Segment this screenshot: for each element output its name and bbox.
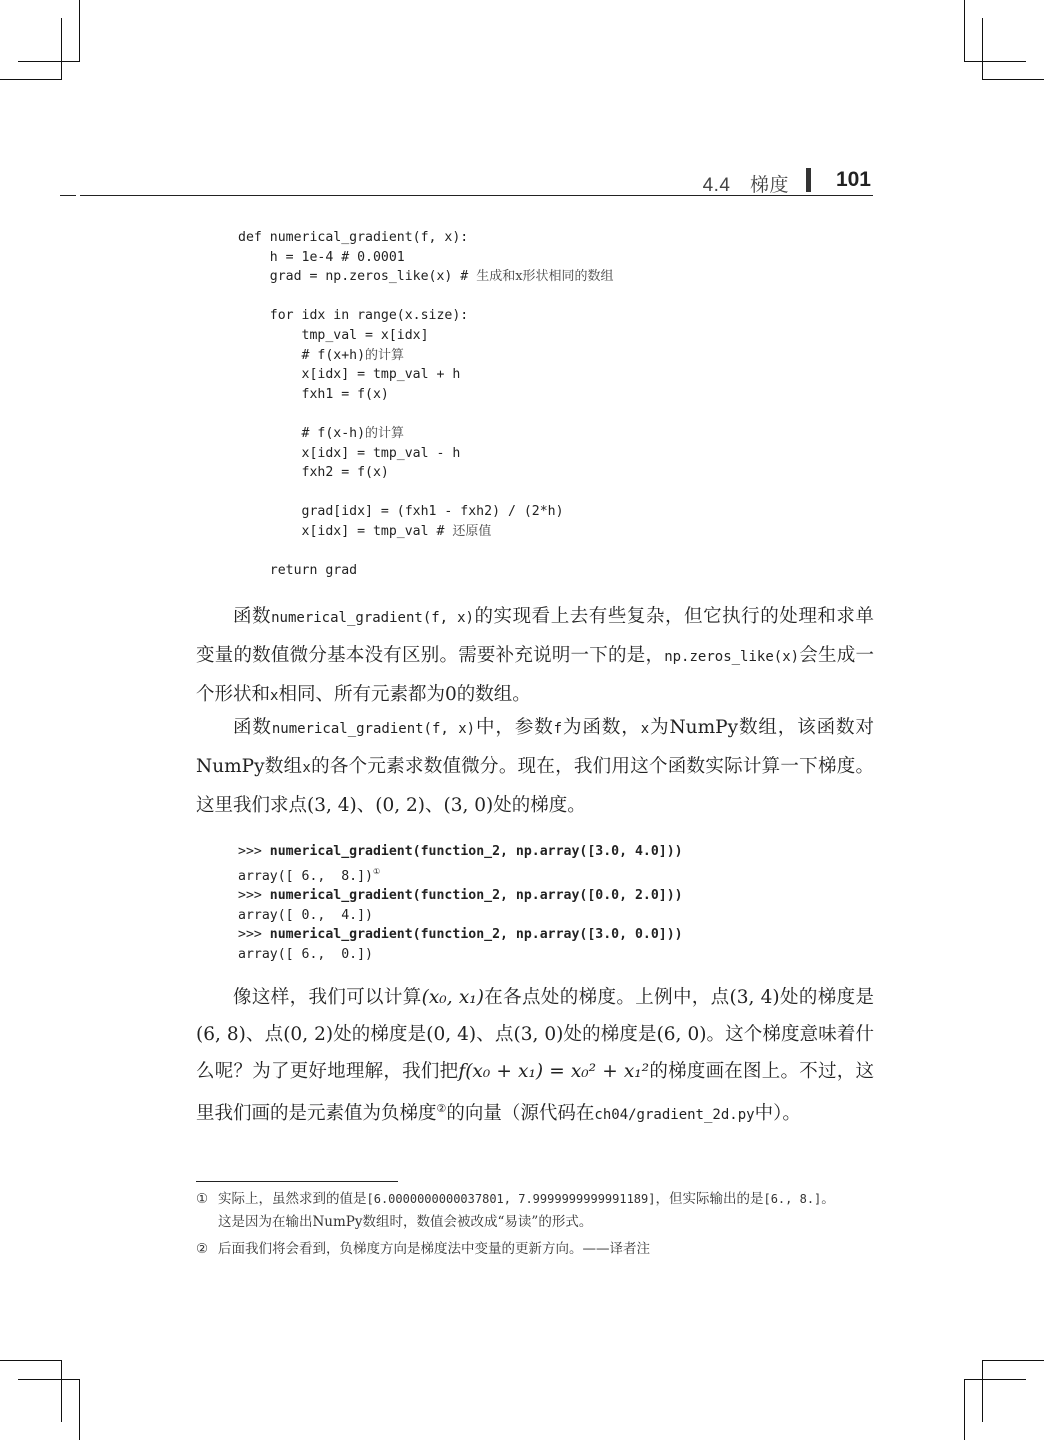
text: 相同、所有元素都为0的数组。: [278, 684, 530, 705]
code-line: fxh2 = f(x): [238, 465, 389, 480]
running-header: 4.4 梯度 101: [0, 168, 1044, 198]
crop-mark-tl: [0, 79, 62, 80]
inline-code: np.zeros_like(x): [664, 649, 799, 665]
inline-code: x: [302, 760, 310, 776]
code-block-examples: >>> numerical_gradient(function_2, np.ar…: [238, 842, 683, 965]
crop-mark-bl: [18, 1379, 80, 1380]
code-comment: 还原值: [452, 524, 491, 539]
crop-mark-tr: [982, 79, 1044, 80]
footnote-2: ②后面我们将会看到，负梯度方向是梯度法中变量的更新方向。——译者注: [196, 1238, 886, 1261]
crop-mark-bl: [61, 1360, 62, 1422]
page-number: 101: [836, 168, 871, 192]
section-title: 4.4 梯度: [703, 170, 789, 197]
crop-mark-br: [982, 1360, 983, 1422]
repl-prompt: >>>: [238, 844, 270, 859]
repl-input: numerical_gradient(function_2, np.array(…: [270, 888, 683, 903]
inline-code: numerical_gradient(f, x): [272, 721, 475, 737]
footnote-label: ②: [196, 1238, 218, 1261]
crop-mark-tl: [18, 61, 80, 62]
repl-input: numerical_gradient(function_2, np.array(…: [270, 844, 683, 859]
crop-mark-br: [964, 1379, 965, 1440]
code-line: for idx in range(x.size):: [238, 308, 468, 323]
text: 为函数，: [562, 717, 641, 738]
code-line: x[idx] = tmp_val - h: [238, 446, 460, 461]
code-comment: 生成和x形状相同的数组: [476, 269, 613, 284]
crop-mark-tl: [61, 18, 62, 80]
header-divider-bar: [806, 168, 811, 192]
crop-mark-br: [964, 1379, 1026, 1380]
text: 像这样，我们可以计算: [233, 987, 422, 1008]
text: 中）。: [755, 1103, 801, 1124]
text: 中，参数: [475, 717, 554, 738]
crop-mark-tr: [982, 18, 983, 80]
inline-code: [6., 8.]: [763, 1192, 821, 1206]
inline-code: [6.0000000000037801, 7.9999999999991189]: [367, 1192, 656, 1206]
code-line: h = 1e-4 # 0.0001: [238, 250, 405, 265]
inline-code: ch04/gradient_2d.py: [594, 1107, 754, 1123]
code-comment: 的计算: [365, 348, 404, 363]
text: 后面我们将会看到，负梯度方向是梯度法中变量的更新方向。——译者注: [218, 1241, 650, 1257]
text: ，但实际输出的是: [655, 1191, 763, 1207]
text: 。: [821, 1191, 835, 1207]
code-line: def numerical_gradient(f, x):: [238, 230, 468, 245]
repl-prompt: >>>: [238, 927, 270, 942]
paragraph-implementation: 函数numerical_gradient(f, x)的实现看上去有些复杂，但它执…: [196, 598, 874, 715]
inline-code: numerical_gradient(f, x): [271, 610, 474, 626]
text: 函数: [233, 717, 272, 738]
code-line: x[idx] = tmp_val #: [238, 524, 452, 539]
repl-output: array([ 6., 0.]): [238, 947, 373, 962]
crop-mark-bl: [0, 1360, 62, 1361]
header-rule: [80, 195, 873, 196]
crop-mark-bl: [79, 1379, 80, 1440]
header-rule-stub: [60, 195, 76, 196]
crop-mark-tr: [964, 61, 1026, 62]
text: 这是因为在输出NumPy数组时，数值会被改成“易读”的形式。: [218, 1214, 592, 1230]
footnote-marker: ①: [373, 867, 380, 876]
code-line: return grad: [238, 563, 357, 578]
inline-code: x: [641, 721, 649, 737]
code-line: grad = np.zeros_like(x) #: [238, 269, 476, 284]
code-line: # f(x+h): [238, 348, 365, 363]
text: 实际上，虽然求到的值是: [218, 1191, 367, 1207]
text: 函数: [233, 606, 271, 627]
footnote-marker: ②: [437, 1102, 447, 1115]
repl-output: array([ 0., 4.]): [238, 908, 373, 923]
inline-code: f: [554, 721, 562, 737]
paragraph-gradient-meaning: 像这样，我们可以计算(x₀, x₁)在各点处的梯度。上例中，点(3, 4)处的梯…: [196, 979, 874, 1134]
code-line: tmp_val = x[idx]: [238, 328, 429, 343]
footnote-rule: [196, 1181, 398, 1182]
code-comment: 的计算: [365, 426, 404, 441]
code-line: x[idx] = tmp_val + h: [238, 367, 460, 382]
repl-output: array([ 6., 8.]): [238, 869, 373, 884]
code-line: grad[idx] = (fxh1 - fxh2) / (2*h): [238, 504, 564, 519]
math-expression: f(x₀ + x₁) = x₀² + x₁²: [458, 1061, 649, 1082]
footnote-1-line1: ①实际上，虽然求到的值是[6.0000000000037801, 7.99999…: [196, 1188, 886, 1211]
text: 的向量（源代码在: [446, 1103, 594, 1124]
crop-mark-br: [982, 1360, 1044, 1361]
code-line: # f(x-h): [238, 426, 365, 441]
footnote-1-line2: 这是因为在输出NumPy数组时，数值会被改成“易读”的形式。: [196, 1211, 886, 1234]
code-block-numerical-gradient: def numerical_gradient(f, x): h = 1e-4 #…: [238, 228, 614, 581]
footnote-label: ①: [196, 1188, 218, 1211]
crop-mark-tl: [79, 0, 80, 62]
math-expression: (x₀, x₁): [422, 987, 484, 1008]
repl-prompt: >>>: [238, 888, 270, 903]
footnote-1: ①实际上，虽然求到的值是[6.0000000000037801, 7.99999…: [196, 1188, 886, 1234]
crop-mark-tr: [964, 0, 965, 62]
repl-input: numerical_gradient(function_2, np.array(…: [270, 927, 683, 942]
code-line: fxh1 = f(x): [238, 387, 389, 402]
paragraph-parameters: 函数numerical_gradient(f, x)中，参数f为函数，x为Num…: [196, 709, 874, 824]
